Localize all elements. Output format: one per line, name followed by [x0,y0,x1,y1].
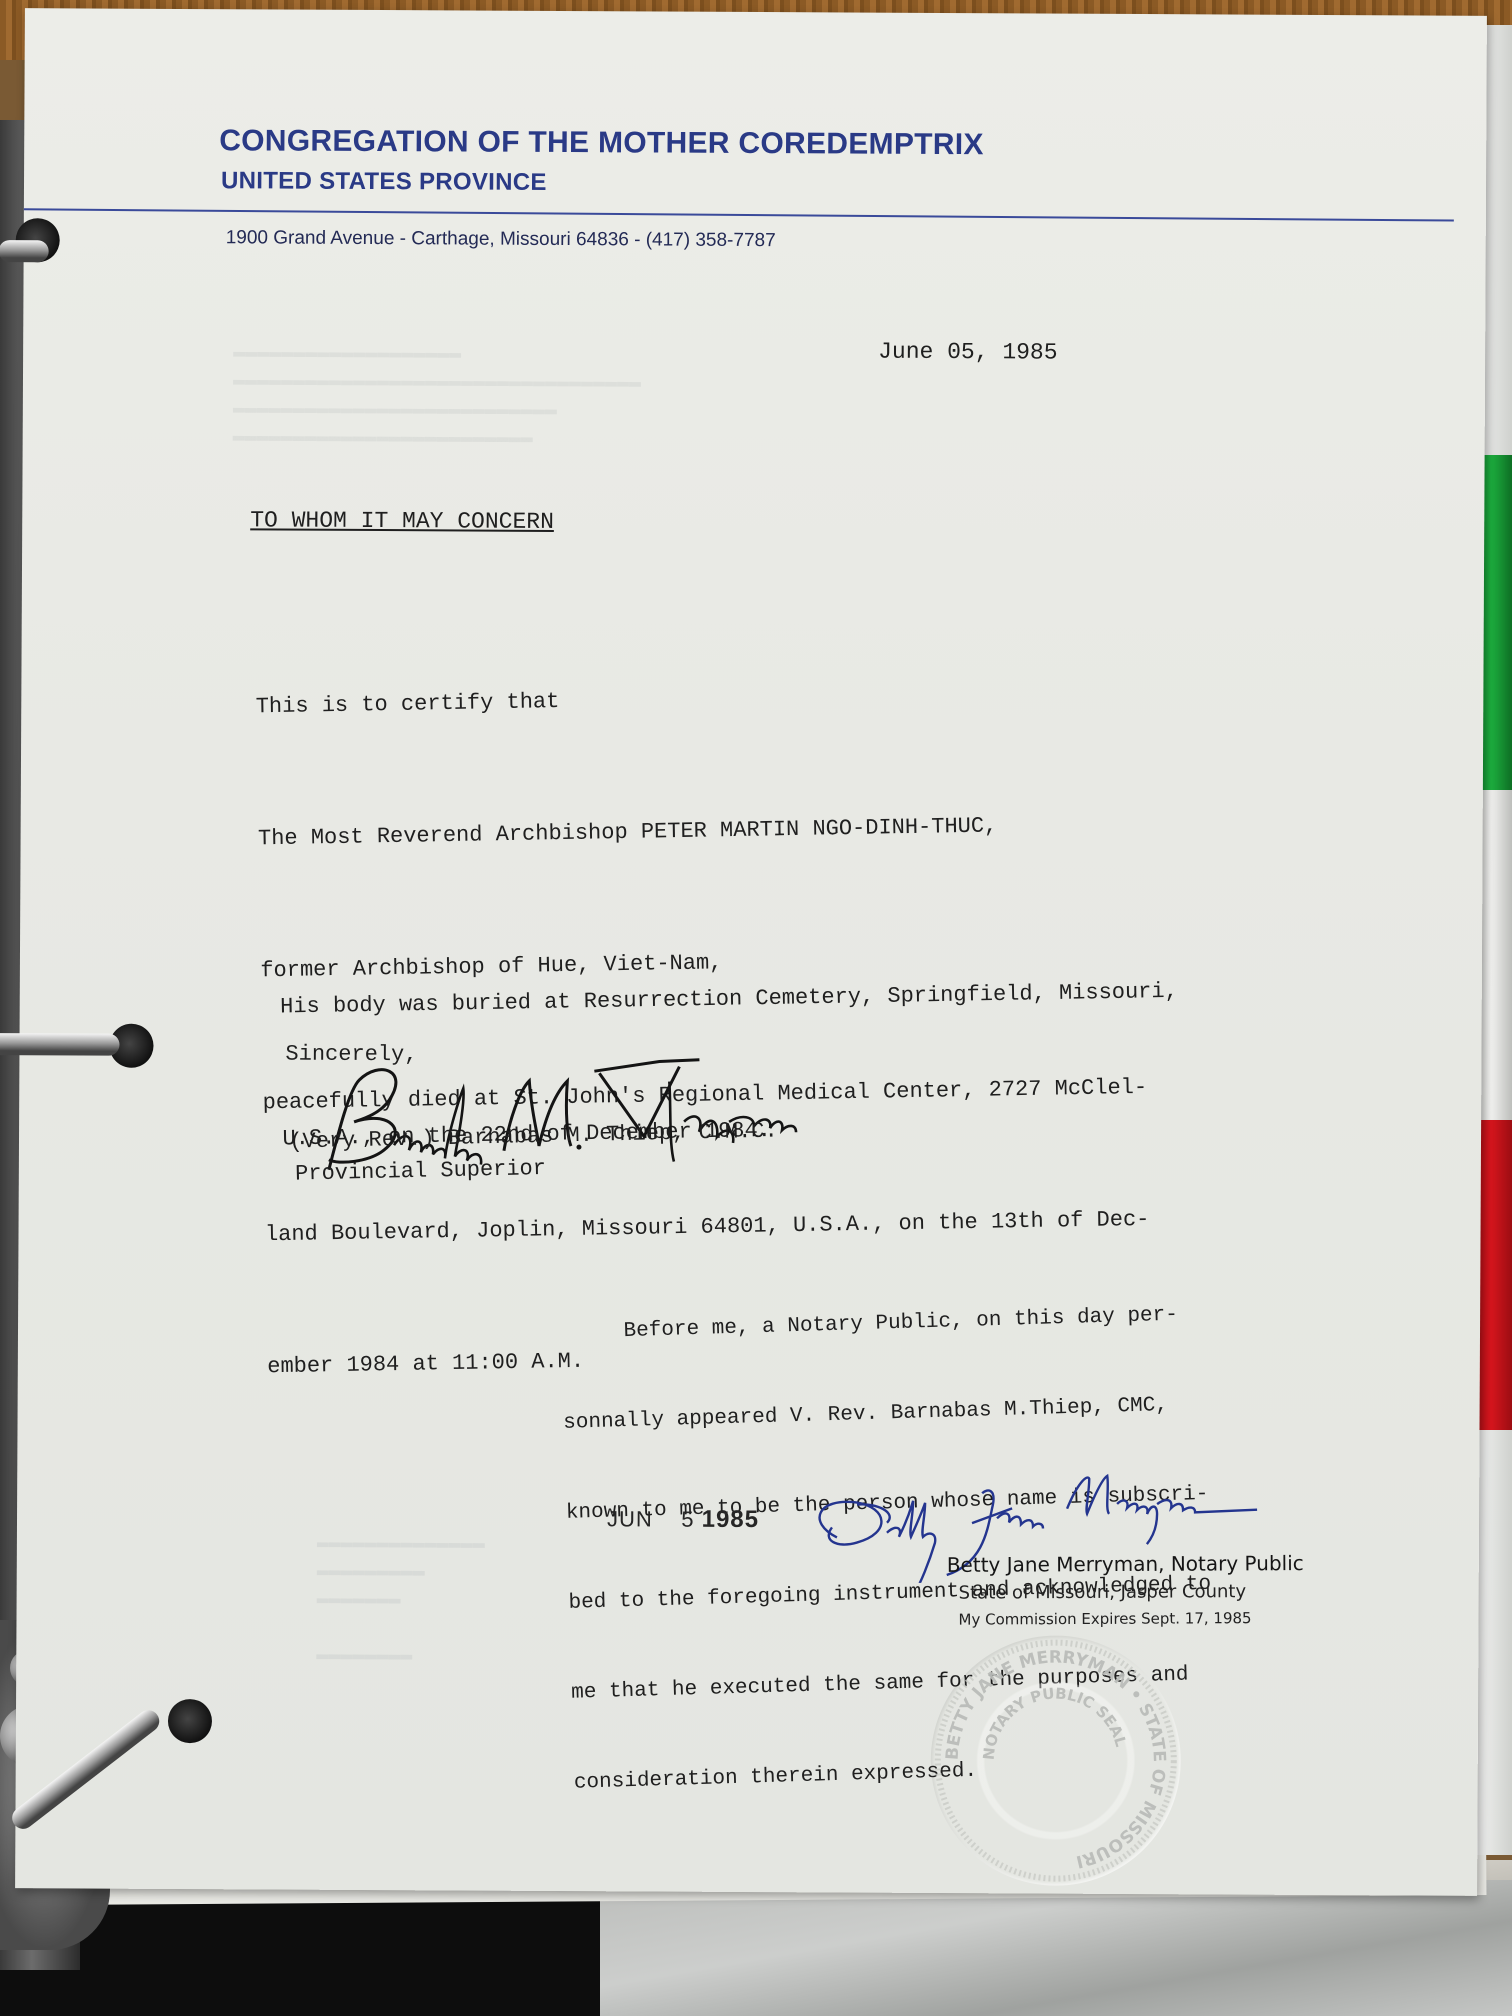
notary-commission-expiry: My Commission Expires Sept. 17, 1985 [958,1609,1251,1629]
show-through-text: ▬▬▬▬▬▬▬▬▬▬▬▬▬▬▬▬▬▬▬ ▬▬▬▬▬▬▬▬▬▬▬▬▬▬▬▬▬▬▬▬… [233,339,642,453]
binder-ring [8,1706,164,1833]
letterhead-organization: CONGREGATION OF THE MOTHER COREDEMPTRIX [219,124,984,162]
notary-line: sonnally appeared V. Rev. Barnabas M.Thi… [563,1390,1206,1439]
notary-line: Before me, a Notary Public, on this day … [560,1300,1203,1349]
seal-inner-text: NOTARY PUBLIC SEAL [980,1684,1131,1761]
seal-lettering: BETTY JANE MERRYMAN • STATE OF MISSOURI … [930,1635,1181,1886]
svg-text:NOTARY PUBLIC SEAL: NOTARY PUBLIC SEAL [980,1684,1131,1761]
body-line: The Most Reverend Archbishop PETER MARTI… [258,802,1143,861]
svg-text:BETTY JANE MERRYMAN • STATE OF: BETTY JANE MERRYMAN • STATE OF MISSOURI [942,1647,1169,1872]
punch-hole [168,1699,212,1743]
letterhead-address: 1900 Grand Avenue - Carthage, Missouri 6… [226,227,776,252]
binder-ring [0,240,49,262]
notary-embossed-seal-icon: BETTY JANE MERRYMAN • STATE OF MISSOURI … [930,1635,1181,1886]
seal-outer-text: BETTY JANE MERRYMAN • STATE OF MISSOURI [942,1647,1169,1872]
body-line: This is to certify that [255,670,1140,729]
letter-date: June 05, 1985 [878,339,1058,366]
letterhead-divider [24,208,1454,221]
show-through-text: ▬▬▬▬▬▬▬▬▬▬▬▬▬▬ ▬▬▬▬▬▬▬▬▬ ▬▬▬▬▬▬▬ ▬▬▬▬▬▬▬… [316,1530,485,1671]
stamp-day: 5 [681,1507,694,1532]
stamp-year: 1985 [702,1506,760,1533]
binder-ring [0,1033,120,1056]
letterhead-province: UNITED STATES PROVINCE [221,167,547,197]
letter-salutation: TO WHOM IT MAY CONCERN [250,507,554,535]
notary-date-stamp: JUN 5 1985 [607,1505,759,1534]
notary-name: Betty Jane Merryman, Notary Public [947,1551,1304,1577]
letter-page: ▬▬▬▬▬▬▬▬▬▬▬▬▬▬▬▬▬▬▬ ▬▬▬▬▬▬▬▬▬▬▬▬▬▬▬▬▬▬▬▬… [15,8,1487,1896]
body-line: His body was buried at Resurrection Ceme… [280,970,1178,1030]
notary-jurisdiction: State of Missouri, Jasper County [959,1581,1247,1604]
stamp-month: JUN [607,1506,653,1531]
